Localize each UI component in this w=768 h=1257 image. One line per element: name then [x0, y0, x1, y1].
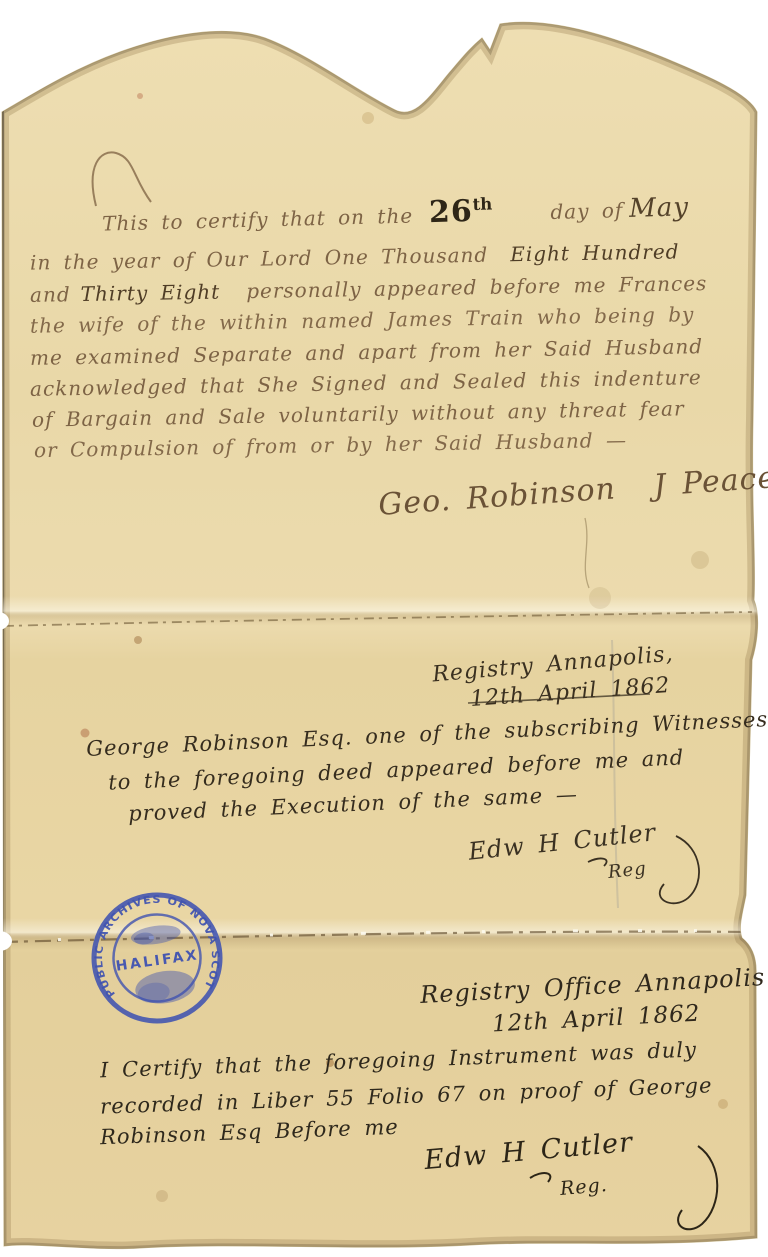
month-name: May [629, 192, 690, 224]
cert-line-1-mid: day of [550, 198, 623, 224]
edge-tear [744, 929, 760, 943]
registrar-title-1: Reg [607, 858, 648, 883]
cert-line-1-text: This to certify that on the [102, 204, 414, 236]
cert-line-3b: Thirty Eight [80, 280, 220, 306]
document-scan: PUBLIC ARCHIVES OF NOVA SCOTIA HALIFAX T… [0, 0, 768, 1257]
fold-crease-1 [0, 596, 768, 626]
cert-line-3a: and [30, 282, 71, 307]
registrar-title-2: Reg. [559, 1174, 609, 1200]
day-number: 26th [429, 193, 493, 230]
cert-line-2b: Eight Hundred [510, 239, 680, 266]
